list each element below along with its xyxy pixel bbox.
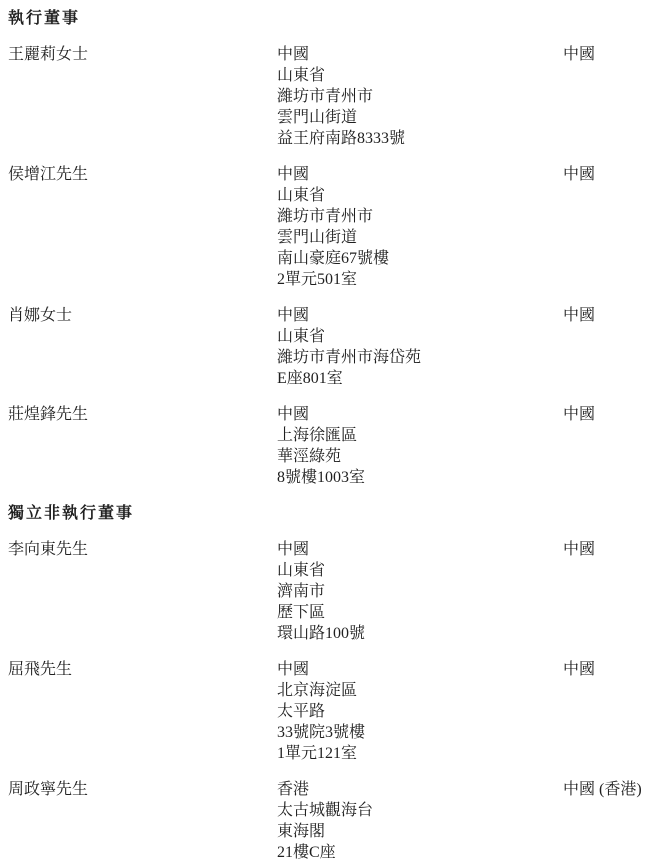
- address-line: 太平路: [277, 701, 563, 722]
- director-section: 獨立非執行董事李向東先生中國山東省濟南市歷下區環山路100號中國屈飛先生中國北京…: [8, 503, 652, 863]
- director-row: 莊煌鋒先生中國上海徐匯區華涇綠苑8號樓1003室中國: [8, 404, 652, 488]
- address-line: 太古城觀海台: [277, 800, 563, 821]
- address-line: 山東省: [277, 560, 563, 581]
- director-nationality: 中國: [563, 539, 652, 644]
- address-line: 中國: [277, 539, 563, 560]
- director-address: 中國山東省濰坊市青州市海岱苑E座801室: [277, 305, 563, 389]
- director-address: 中國北京海淀區太平路33號院3號樓1單元121室: [277, 659, 563, 764]
- address-line: 北京海淀區: [277, 680, 563, 701]
- director-row: 屈飛先生中國北京海淀區太平路33號院3號樓1單元121室中國: [8, 659, 652, 764]
- address-line: 1單元121室: [277, 743, 563, 764]
- address-line: 益王府南路8333號: [277, 128, 563, 149]
- address-line: 雲門山街道: [277, 107, 563, 128]
- directors-page: 執行董事王麗莉女士中國山東省濰坊市青州市雲門山街道益王府南路8333號中國侯增江…: [0, 0, 660, 864]
- address-line: 8號樓1003室: [277, 467, 563, 488]
- address-line: 香港: [277, 779, 563, 800]
- address-line: E座801室: [277, 368, 563, 389]
- director-section: 執行董事王麗莉女士中國山東省濰坊市青州市雲門山街道益王府南路8333號中國侯增江…: [8, 8, 652, 488]
- director-address: 中國山東省濟南市歷下區環山路100號: [277, 539, 563, 644]
- address-line: 雲門山街道: [277, 227, 563, 248]
- address-line: 歷下區: [277, 602, 563, 623]
- address-line: 21樓C座: [277, 842, 563, 863]
- director-nationality: 中國: [563, 44, 652, 149]
- section-heading: 執行董事: [8, 8, 652, 29]
- address-line: 華涇綠苑: [277, 446, 563, 467]
- director-name: 屈飛先生: [8, 659, 277, 764]
- address-line: 33號院3號樓: [277, 722, 563, 743]
- address-line: 濰坊市青州市: [277, 206, 563, 227]
- address-line: 上海徐匯區: [277, 425, 563, 446]
- director-nationality: 中國: [563, 659, 652, 764]
- section-heading: 獨立非執行董事: [8, 503, 652, 524]
- address-line: 中國: [277, 44, 563, 65]
- director-row: 侯增江先生中國山東省濰坊市青州市雲門山街道南山豪庭67號樓2單元501室中國: [8, 164, 652, 290]
- director-row: 肖娜女士中國山東省濰坊市青州市海岱苑E座801室中國: [8, 305, 652, 389]
- address-line: 南山豪庭67號樓: [277, 248, 563, 269]
- address-line: 山東省: [277, 185, 563, 206]
- director-name: 李向東先生: [8, 539, 277, 644]
- address-line: 中國: [277, 305, 563, 326]
- director-row: 李向東先生中國山東省濟南市歷下區環山路100號中國: [8, 539, 652, 644]
- address-line: 濰坊市青州市海岱苑: [277, 347, 563, 368]
- address-line: 山東省: [277, 65, 563, 86]
- director-nationality: 中國 (香港): [563, 779, 652, 863]
- director-name: 王麗莉女士: [8, 44, 277, 149]
- director-nationality: 中國: [563, 404, 652, 488]
- directors-list: 執行董事王麗莉女士中國山東省濰坊市青州市雲門山街道益王府南路8333號中國侯增江…: [8, 8, 652, 863]
- director-row: 王麗莉女士中國山東省濰坊市青州市雲門山街道益王府南路8333號中國: [8, 44, 652, 149]
- director-nationality: 中國: [563, 305, 652, 389]
- address-line: 中國: [277, 659, 563, 680]
- director-row: 周政寧先生香港太古城觀海台東海閣21樓C座中國 (香港): [8, 779, 652, 863]
- director-name: 肖娜女士: [8, 305, 277, 389]
- address-line: 濰坊市青州市: [277, 86, 563, 107]
- director-address: 中國山東省濰坊市青州市雲門山街道南山豪庭67號樓2單元501室: [277, 164, 563, 290]
- director-name: 莊煌鋒先生: [8, 404, 277, 488]
- director-name: 侯增江先生: [8, 164, 277, 290]
- address-line: 2單元501室: [277, 269, 563, 290]
- address-line: 中國: [277, 164, 563, 185]
- address-line: 山東省: [277, 326, 563, 347]
- director-address: 中國上海徐匯區華涇綠苑8號樓1003室: [277, 404, 563, 488]
- address-line: 環山路100號: [277, 623, 563, 644]
- director-address: 香港太古城觀海台東海閣21樓C座: [277, 779, 563, 863]
- director-name: 周政寧先生: [8, 779, 277, 863]
- address-line: 濟南市: [277, 581, 563, 602]
- address-line: 中國: [277, 404, 563, 425]
- address-line: 東海閣: [277, 821, 563, 842]
- director-nationality: 中國: [563, 164, 652, 290]
- director-address: 中國山東省濰坊市青州市雲門山街道益王府南路8333號: [277, 44, 563, 149]
